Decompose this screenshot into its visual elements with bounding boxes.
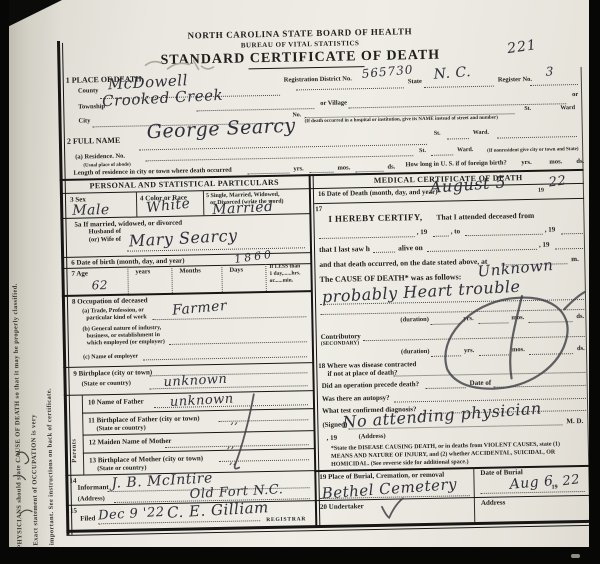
duration1-yrs: yrs. (463, 316, 473, 323)
dotted-line (219, 458, 309, 462)
filed-number: 15 (70, 508, 77, 515)
signed-19: , 19 (327, 435, 338, 442)
scan-edge-left (0, 0, 9, 564)
city-st-label: St. (524, 106, 531, 112)
foreign-mos-label: mos. (549, 159, 562, 166)
father-birthplace-label: 11 Birthplace of Father (city or town) (88, 415, 199, 424)
dotted-line (373, 251, 395, 253)
scan-edge-bottom (0, 547, 600, 564)
mother-state-country-label: (State or country) (97, 465, 146, 472)
cell-line (265, 264, 267, 291)
length-yrs-label: yrs. (293, 166, 303, 173)
dotted-line (424, 85, 494, 88)
date-of-death-value: August 5 (429, 174, 506, 195)
cell-line (127, 267, 129, 294)
dotted-line (139, 143, 427, 151)
duration1-mos: mos. (511, 315, 524, 322)
title-underline (249, 66, 365, 69)
spouse-label: 5a If married, widowed, or divorced (74, 220, 182, 229)
undertaker-address-label: Address (481, 499, 506, 506)
filed-label: Filed (80, 515, 95, 522)
registration-district-label: Registration District No. (284, 76, 352, 84)
birthplace-state-country-label: (State or country) (82, 381, 131, 388)
foreign-birth-label: How long in U. S. if of foreign birth? (405, 160, 506, 168)
dotted-line (363, 335, 585, 341)
dotted-line (431, 354, 461, 357)
alive-on-label: alive on (398, 244, 423, 252)
duration-label-2: (duration) (401, 349, 430, 356)
spouse-value: Mary Searcy (128, 228, 238, 250)
or-village-label: or Village (320, 100, 347, 107)
state-value: N. C. (433, 65, 471, 82)
length-mos-label: mos. (337, 165, 350, 172)
father-state-country-label: (State or country) (96, 425, 145, 432)
scan-edge-right (589, 0, 600, 564)
nonresident-note: (If nonresident give city or town and St… (487, 147, 578, 154)
informant-label: Informant (78, 484, 109, 492)
dotted-line (497, 135, 577, 139)
occupation-a-value: Farmer (172, 299, 228, 318)
dotted-line (218, 418, 308, 422)
township-label: Township (78, 104, 105, 111)
county-label: County (78, 88, 99, 95)
dotted-line (320, 308, 584, 315)
city-ward-label: Ward (560, 105, 575, 111)
header-title: STANDARD CERTIFICATE OF DEATH (125, 48, 475, 69)
margin-instruction-1: PHYSICIANS should state CAUSE OF DEATH s… (7, 24, 24, 549)
birthplace-label: 9 Birthplace (city or town) (73, 369, 152, 378)
autopsy-label: Was there an autopsy? (322, 395, 390, 403)
dotted-line (561, 232, 583, 234)
burial-date-value: Aug 6 (509, 474, 554, 492)
dotted-line (555, 247, 583, 250)
dotted-line (165, 443, 309, 448)
age-label: 7 Age (71, 270, 88, 277)
full-name-value: George Searcy (146, 116, 296, 142)
abode-note: (Usual place of abode) (83, 163, 130, 169)
race-value: White (146, 197, 192, 216)
row-line (83, 448, 315, 453)
register-no-value: 3 (546, 65, 554, 77)
age-months-label: Months (179, 268, 200, 275)
dotted-line (296, 86, 404, 90)
date-of-label: Date of (470, 380, 492, 387)
filed-date-value: Dec 9 '22 (98, 506, 165, 523)
dotted-line (447, 137, 469, 139)
registration-district-value: 565730 (361, 63, 414, 80)
dotted-line (143, 355, 307, 360)
row-line (82, 408, 314, 413)
residence-st-label: St. (419, 148, 426, 154)
cell-line (136, 191, 137, 216)
dob-value: 1860 (234, 248, 275, 265)
foreign-yrs-label: yrs. (521, 160, 531, 167)
dotted-line (431, 153, 453, 155)
dotted-line (478, 321, 508, 324)
certify-bold: I HEREBY CERTIFY, (328, 213, 422, 224)
occupation-a-label-1: (a) Trade, Profession, or (82, 307, 144, 314)
registrar-signature: C. E. Gilliam (167, 500, 269, 520)
dotted-line (348, 102, 566, 108)
operation-label: Did an operation precede death? (322, 381, 420, 390)
dotted-line (528, 320, 572, 323)
sex-value: Male (72, 203, 110, 218)
certificate-form: PHYSICIANS should state CAUSE OF DEATH s… (0, 0, 600, 555)
certificate-paper: PHYSICIANS should state CAUSE OF DEATH s… (0, 0, 600, 549)
informant-address-label: (Address) (78, 496, 105, 503)
row-line (314, 198, 584, 204)
age-less-label-3: or......min. (270, 279, 294, 285)
occupation-label: 8 Occupation of deceased (72, 297, 148, 305)
dotted-line (427, 248, 537, 252)
dotted-line (393, 371, 585, 377)
cell-line (221, 265, 223, 292)
death-occurred-m: m. (571, 256, 579, 263)
date-of-death-label: 16 Date of Death (month, day, and year) (318, 189, 438, 198)
length-ds-label: ds. (387, 165, 395, 172)
row-line (63, 362, 313, 368)
dotted-line (529, 352, 573, 355)
certify-19-b: , 19 (545, 226, 556, 233)
father-name-label: 10 Name of Father (88, 398, 144, 406)
duration2-mos: mos. (512, 347, 525, 354)
dotted-line (426, 386, 466, 389)
township-value: Crooked Creek (102, 88, 224, 110)
fullname-st-label: St. (434, 131, 441, 137)
page-number-handwritten: 221 (506, 38, 537, 56)
dotted-line (433, 235, 449, 237)
cell-line (203, 190, 204, 215)
where-contracted-label-2: if not at place of death? (327, 370, 397, 378)
certify-19-a: , 19 (417, 229, 428, 236)
registrar-label: REGISTRAR (266, 517, 306, 523)
city-label: City (78, 118, 90, 125)
undertaker-check-stroke (382, 498, 403, 517)
duration-label-1: (duration) (400, 317, 429, 324)
dotted-line (479, 353, 509, 356)
dotted-line (145, 154, 413, 161)
dotted-line (465, 233, 543, 236)
marital-value: Married (212, 200, 274, 217)
age-years-label: years (135, 269, 150, 276)
parents-vertical-label: Parents (70, 413, 78, 463)
fullname-ward-label: Ward. (473, 130, 489, 136)
full-name-label: 2 FULL NAME (67, 137, 120, 146)
wife-of-label: (or) Wife of (89, 237, 121, 244)
date-of-death-19: 19 (538, 188, 544, 194)
dotted-line (530, 83, 578, 86)
residence-label: (a) Residence. No. (75, 154, 125, 161)
mother-birthplace-label: 13 Birthplace of Mother (city or town) (89, 455, 203, 464)
signed-address-label: (Address) (359, 434, 386, 441)
certify-rest: That I attended deceased from (436, 212, 534, 221)
dotted-line (430, 322, 460, 325)
age-days-label: Days (229, 267, 243, 274)
occupation-b-label-3: which employed (or employer) (87, 339, 165, 346)
occupation-a-label-2: particular kind of work (86, 314, 147, 321)
duration1-ds: ds. (576, 314, 584, 321)
age-value: 62 (92, 279, 109, 291)
item-17: 17 (315, 206, 322, 213)
duration2-yrs: yrs. (464, 348, 474, 355)
burial-date-year: 22 (562, 473, 581, 488)
burial-cell-line (473, 467, 475, 522)
foreign-ds-label: ds. (576, 159, 584, 166)
cell-line (171, 266, 173, 293)
dotted-line (169, 340, 307, 345)
dotted-line (196, 107, 314, 111)
date-of-death-year: 22 (548, 174, 567, 189)
occupation-c-label: (c) Name of employer (83, 354, 138, 361)
duration2-ds: ds. (577, 346, 585, 353)
margin-instruction-3: important. See instructions on back of c… (39, 65, 55, 545)
residence-ward-label: Ward. (457, 147, 473, 153)
informant-number: 14 (69, 478, 76, 485)
register-no-label: Register No. (498, 77, 532, 84)
husband-of-label: Husband of (89, 229, 121, 236)
age-less-label-2: 1 day,......hrs. (269, 271, 300, 277)
md-label: M. D. (566, 418, 583, 425)
scan-artifact (571, 554, 580, 558)
dotted-line (494, 384, 586, 388)
mother-name-label: 12 Maiden Name of Mother (89, 438, 172, 447)
death-occurred-label: and that death occurred, on the date sta… (319, 258, 487, 269)
undertaker-label: 20 Undertaker (320, 503, 364, 511)
state-label: State (408, 79, 422, 86)
last-saw-19: , 19 (539, 242, 550, 249)
dotted-line (319, 235, 415, 239)
dotted-line (481, 490, 585, 494)
certify-to: , to (451, 228, 460, 235)
margin-instruction-2: Exact statement of OCCUPATION is very (23, 36, 40, 546)
last-saw-label: that I last saw h (319, 245, 370, 253)
or-label: or (572, 92, 578, 99)
secondary-label: (SECONDARY) (321, 341, 359, 347)
